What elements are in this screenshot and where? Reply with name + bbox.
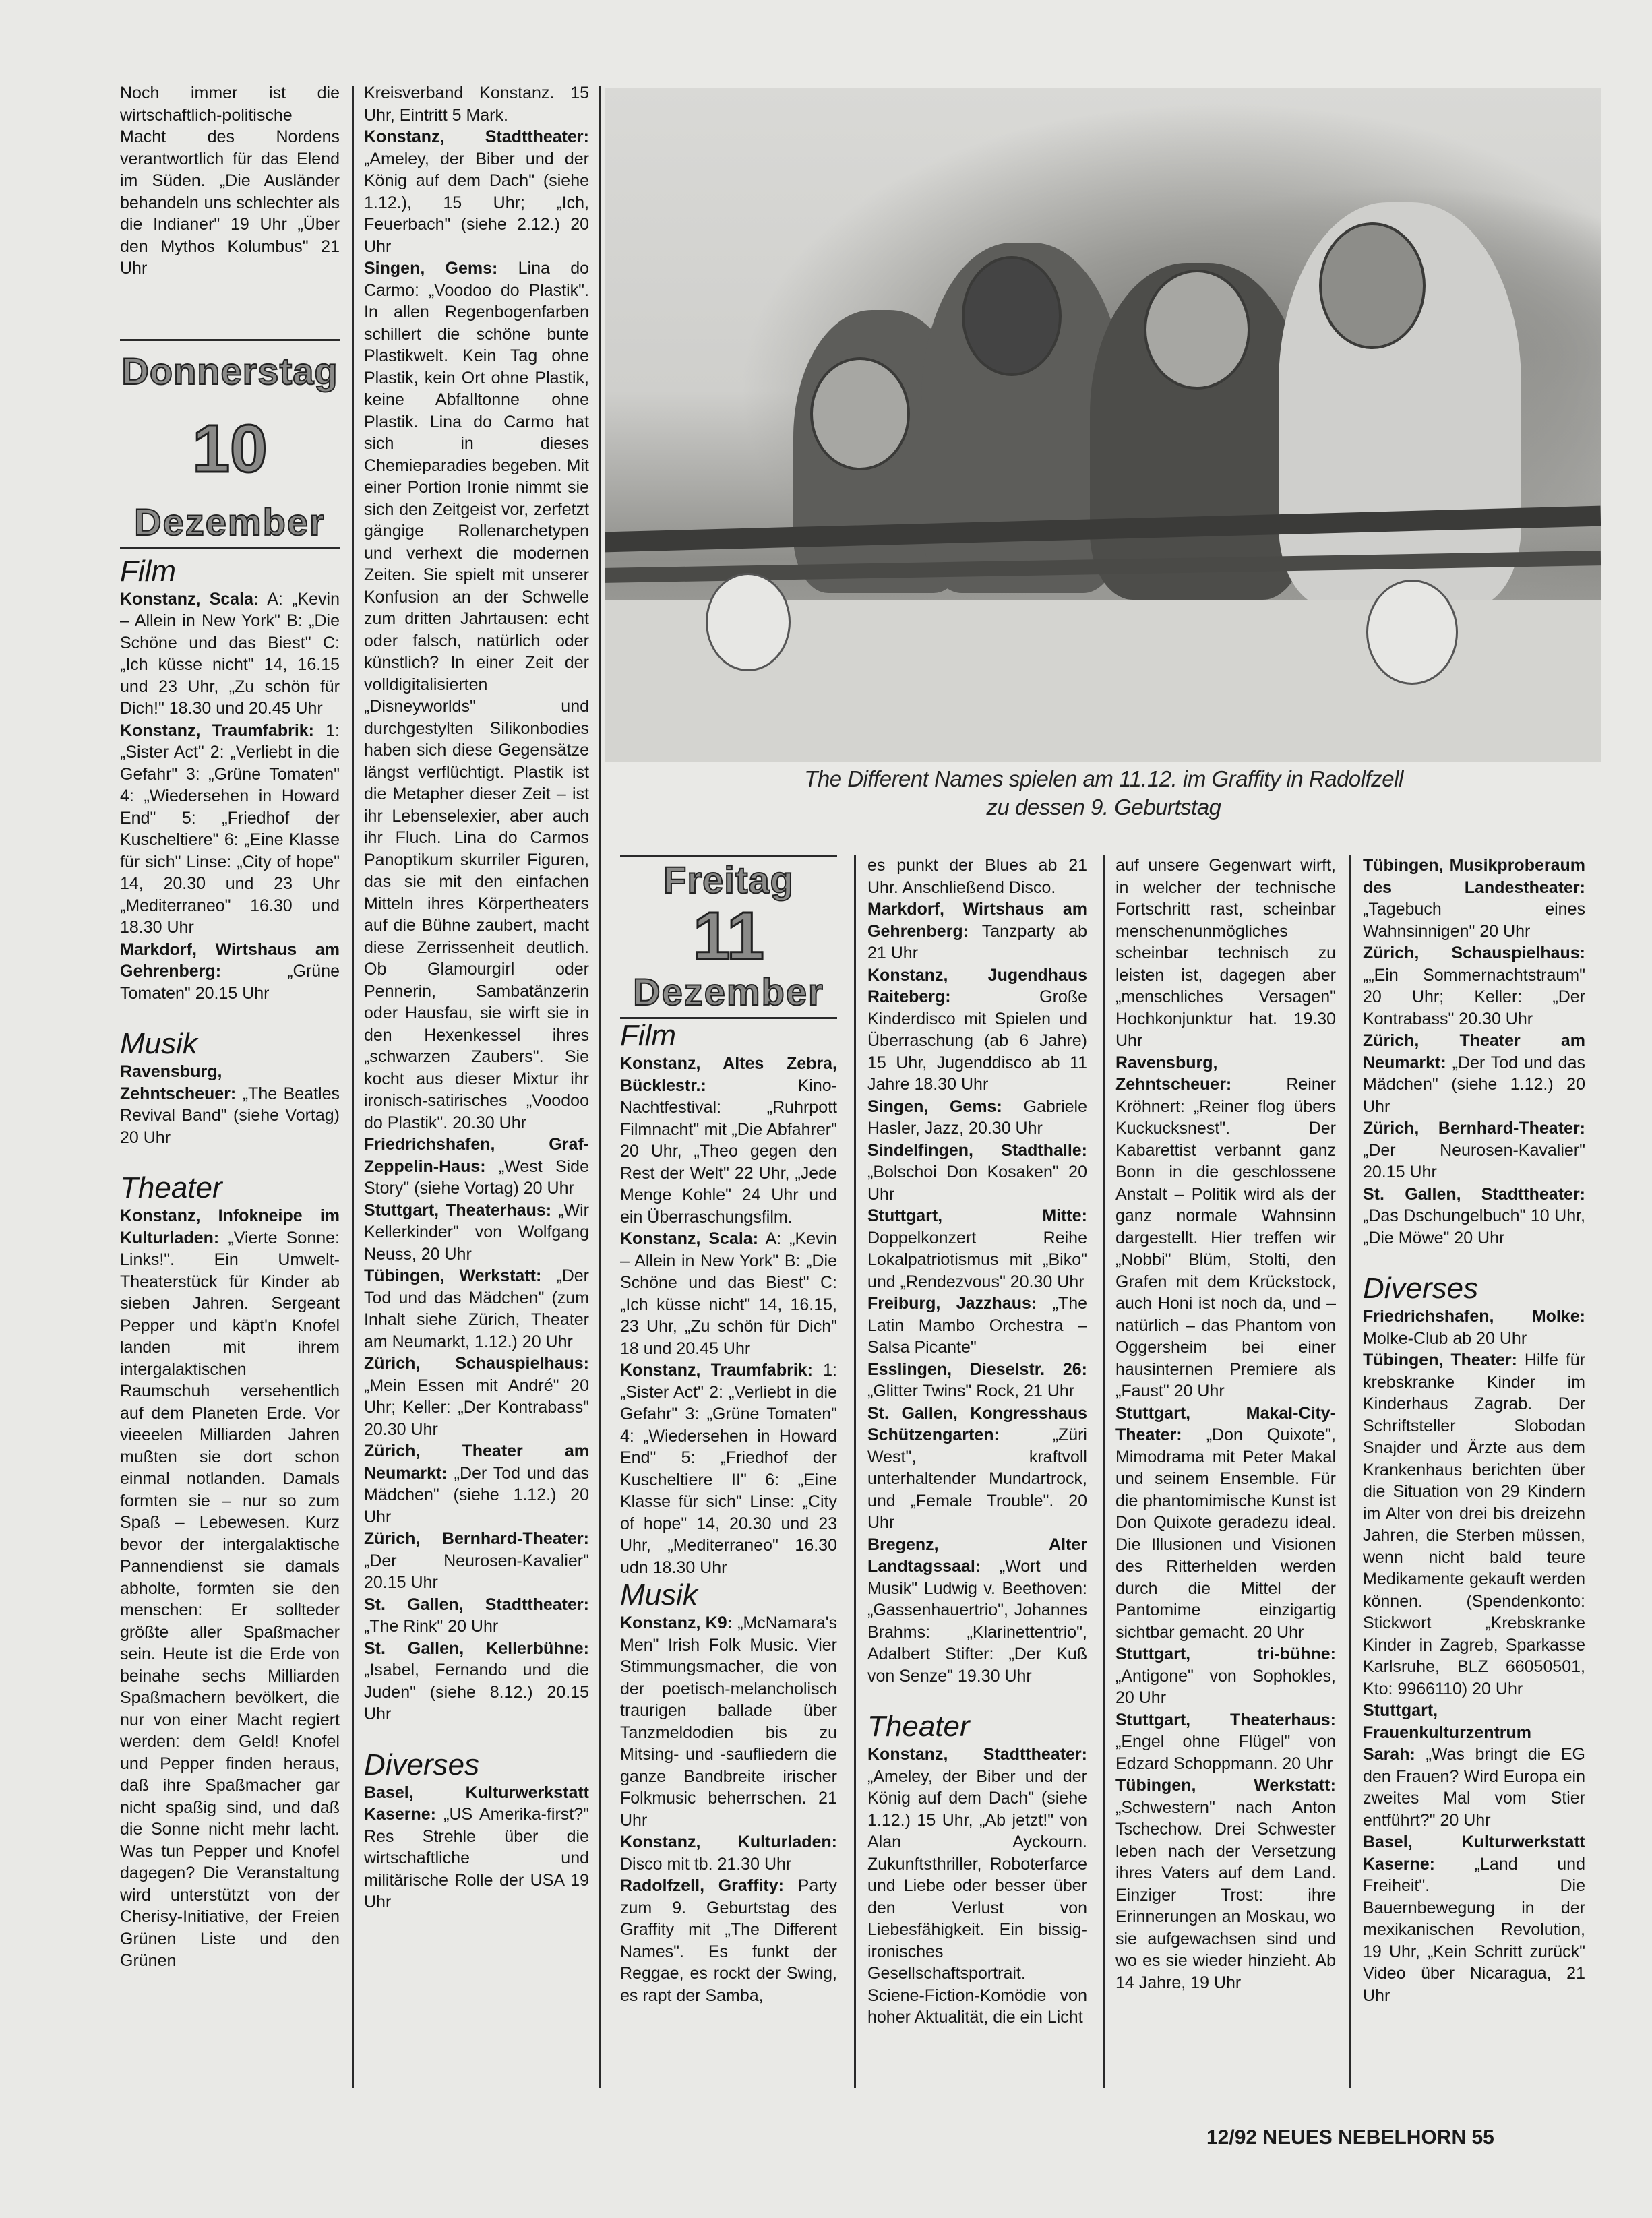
listing-entry: Markdorf, Wirtshaus am Gehrenberg: Tanzp… <box>867 898 1087 964</box>
column-3: Freitag 11 Dezember Film Konstanz, Altes… <box>620 855 837 2006</box>
listing-entry: Konstanz, Infokneipe im Kulturladen: „Vi… <box>120 1205 340 1972</box>
section-heading-theater: Theater <box>867 1710 1087 1744</box>
listing-entry: Stuttgart, Mitte: Doppelkonzert Reihe Lo… <box>867 1205 1087 1293</box>
listing-entry: Zürich, Schauspielhaus: „Mein Essen mit … <box>364 1353 589 1440</box>
section-heading-diverses: Diverses <box>1363 1272 1585 1305</box>
divider <box>120 547 340 549</box>
weekday-label: Freitag <box>620 857 837 904</box>
listing-entry: Basel, Kulturwerkstatt Kaserne: „Land un… <box>1363 1831 1585 2006</box>
day-header-thursday: Donnerstag 10 Dezember <box>120 348 340 546</box>
listing-entry: Stuttgart, Theaterhaus: „Engel ohne Flüg… <box>1115 1709 1336 1775</box>
listing-entry: Konstanz, Kulturladen: Disco mit tb. 21.… <box>620 1831 837 1875</box>
column-divider <box>1103 855 1105 2088</box>
section-heading-film: Film <box>120 555 340 588</box>
listing-entry: Markdorf, Wirtshaus am Gehrenberg: „Grün… <box>120 939 340 1005</box>
band-photo <box>605 88 1601 762</box>
listing-entry: Ravensburg, Zehntscheuer: Reiner Kröhner… <box>1115 1052 1336 1403</box>
caption-line: The Different Names spielen am 11.12. im… <box>607 765 1601 793</box>
listing-entry: Tübingen, Musikproberaum des Landestheat… <box>1363 855 1585 942</box>
listing-entry: Konstanz, Altes Zebra, Bücklestr.: Kino-… <box>620 1053 837 1228</box>
listing-entry: Stuttgart, Theaterhaus: „Wir Kellerkinde… <box>364 1200 589 1266</box>
section-heading-diverses: Diverses <box>364 1748 589 1782</box>
listing-entry: Stuttgart, tri-bühne: „Antigone" von Sop… <box>1115 1643 1336 1709</box>
section-heading-musik: Musik <box>620 1578 837 1612</box>
section-heading-film: Film <box>620 1019 837 1053</box>
listing-entry: Basel, Kulturwerkstatt Kaserne: „US Amer… <box>364 1782 589 1913</box>
listing-entry: Stuttgart, Frauenkulturzentrum Sarah: „W… <box>1363 1700 1585 1831</box>
listing-entry: Konstanz, Traumfabrik: 1: „Sister Act" 2… <box>620 1359 837 1578</box>
month-label: Dezember <box>120 499 340 546</box>
listing-entry: Tübingen, Werkstatt: „Schwestern" nach A… <box>1115 1775 1336 1994</box>
intro-paragraph: Noch immer ist die wirtschaftlich-politi… <box>120 82 340 280</box>
day-number: 10 <box>120 408 340 489</box>
column-divider <box>854 855 856 2088</box>
listing-entry: Zürich, Schauspielhaus: „„Ein Sommernach… <box>1363 942 1585 1030</box>
listing-entry: Konstanz, Scala: A: „Kevin – Allein in N… <box>120 588 340 720</box>
column-5: auf unsere Gegenwart wirft, in welcher d… <box>1115 855 1336 1994</box>
listing-entry: Singen, Gems: Lina do Carmo: „Voodoo do … <box>364 257 589 1134</box>
listing-entry: Freiburg, Jazzhaus: „The Latin Mambo Orc… <box>867 1293 1087 1359</box>
listing-entry: Konstanz, Jugendhaus Raiteberg: Große Ki… <box>867 964 1087 1096</box>
column-divider <box>352 86 354 2088</box>
listing-entry: Tübingen, Theater: Hilfe für krebskranke… <box>1363 1349 1585 1700</box>
listing-continuation: es punkt der Blues ab 21 Uhr. Anschließe… <box>867 855 1087 898</box>
listing-entry: Zürich, Bernhard-Theater: „Der Neurosen-… <box>364 1528 589 1594</box>
caption-line: zu dessen 9. Geburtstag <box>607 793 1601 822</box>
column-1: Noch immer ist die wirtschaftlich-politi… <box>120 82 340 1972</box>
listing-entry: St. Gallen, Kellerbühne: „Isabel, Fernan… <box>364 1638 589 1725</box>
divider <box>120 339 340 341</box>
listing-entry: Friedrichshafen, Graf-Zeppelin-Haus: „We… <box>364 1134 589 1200</box>
listing-entry: Zürich, Theater am Neumarkt: „Der Tod un… <box>364 1440 589 1528</box>
listing-entry: St. Gallen, Stadttheater: „Das Dschungel… <box>1363 1183 1585 1250</box>
listing-entry: Stuttgart, Makal-City-Theater: „Don Quix… <box>1115 1403 1336 1644</box>
listing-entry: Sindelfingen, Stadthalle: „Bolschoi Don … <box>867 1140 1087 1206</box>
listing-entry: Zürich, Bernhard-Theater: „Der Neurosen-… <box>1363 1117 1585 1183</box>
listing-entry: Konstanz, Stadttheater: „Ameley, der Bib… <box>867 1744 1087 2029</box>
listing-entry: Friedrichshafen, Molke: Molke-Club ab 20… <box>1363 1305 1585 1349</box>
column-4: es punkt der Blues ab 21 Uhr. Anschließe… <box>867 855 1087 2029</box>
weekday-label: Donnerstag <box>120 348 340 395</box>
listing-entry: Konstanz, K9: „McNamara's Men" Irish Fol… <box>620 1612 837 1831</box>
column-2: Kreisverband Konstanz. 15 Uhr, Eintritt … <box>364 82 589 1913</box>
month-label: Dezember <box>620 968 837 1016</box>
listing-entry: Zürich, Theater am Neumarkt: „Der Tod un… <box>1363 1030 1585 1117</box>
column-6: Tübingen, Musikproberaum des Landestheat… <box>1363 855 1585 2006</box>
page-footer: 12/92 NEUES NEBELHORN 55 <box>1206 2126 1494 2149</box>
day-header-friday: Freitag 11 Dezember <box>620 857 837 1016</box>
listing-entry: Konstanz, Traumfabrik: 1: „Sister Act" 2… <box>120 720 340 939</box>
listing-continuation: auf unsere Gegenwart wirft, in welcher d… <box>1115 855 1336 1052</box>
listing-entry: Tübingen, Werkstatt: „Der Tod und das Mä… <box>364 1265 589 1353</box>
divider <box>620 855 837 857</box>
listing-entry: Konstanz, Scala: A: „Kevin – Allein in N… <box>620 1228 837 1359</box>
divider <box>620 1017 837 1019</box>
listing-entry: Singen, Gems: Gabriele Hasler, Jazz, 20.… <box>867 1096 1087 1140</box>
listing-entry: Esslingen, Dieselstr. 26: „Glitter Twins… <box>867 1359 1087 1403</box>
listing-entry: St. Gallen, Stadttheater: „The Rink" 20 … <box>364 1594 589 1638</box>
listing-entry: Bregenz, Alter Landtagssaal: „Wort und M… <box>867 1534 1087 1688</box>
section-heading-musik: Musik <box>120 1027 340 1061</box>
day-number: 11 <box>620 904 837 968</box>
column-divider <box>1349 855 1351 2088</box>
listing-continuation: Kreisverband Konstanz. 15 Uhr, Eintritt … <box>364 82 589 126</box>
listing-entry: Radolfzell, Graffity: Party zum 9. Gebur… <box>620 1875 837 2006</box>
listing-entry: St. Gallen, Kongresshaus Schützengarten:… <box>867 1403 1087 1534</box>
photo-caption: The Different Names spielen am 11.12. im… <box>607 765 1601 822</box>
listing-entry: Konstanz, Stadttheater: „Ameley, der Bib… <box>364 126 589 257</box>
column-divider <box>599 86 601 2088</box>
section-heading-theater: Theater <box>120 1171 340 1205</box>
listing-entry: Ravensburg, Zehntscheuer: „The Beatles R… <box>120 1061 340 1148</box>
